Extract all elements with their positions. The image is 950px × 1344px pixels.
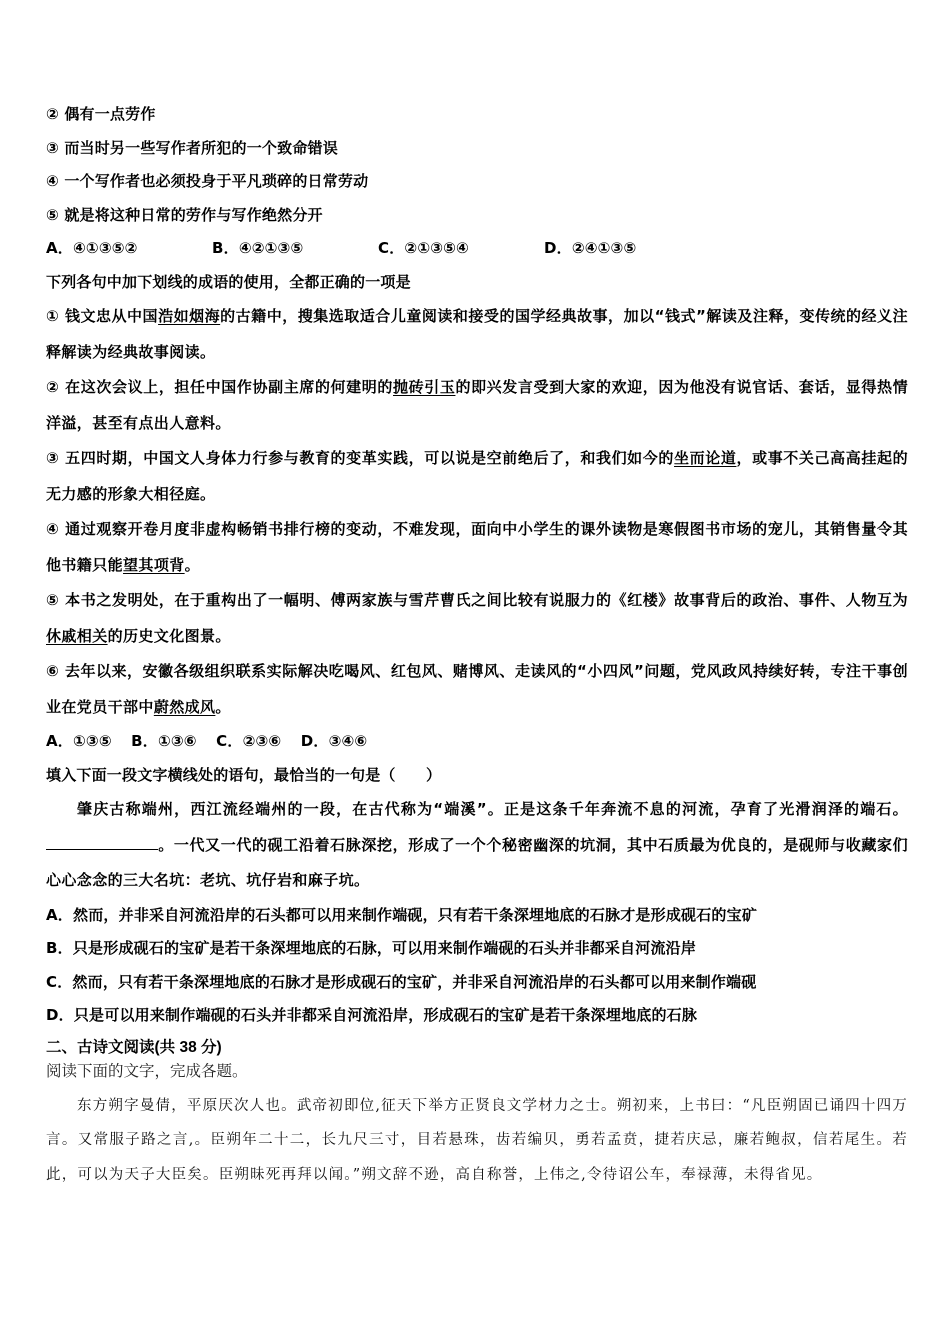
option-value: ②③⑥ bbox=[243, 732, 282, 750]
sentence-text: ② 在这次会议上，担任中国作协副主席的何建明的 bbox=[46, 378, 393, 396]
option-value: ④①③⑤② bbox=[73, 239, 138, 257]
option-letter: D． bbox=[46, 1006, 74, 1024]
option-b[interactable]: B．只是形成砚石的宝矿是若干条深埋地底的石脉，可以用来制作端砚的石头并非都采自河… bbox=[46, 932, 908, 966]
option-letter: A． bbox=[46, 906, 73, 924]
idiom-options: A．①③⑤ B．①③⑥ C．②③⑥ D．③④⑥ bbox=[46, 725, 908, 759]
underlined-idiom: 浩如烟海 bbox=[158, 307, 220, 325]
question-stem: 下列各句中加下划线的成语的使用，全都正确的一项是 bbox=[46, 266, 908, 300]
option-d[interactable]: D．②④①③⑤ bbox=[544, 232, 636, 266]
order-item: ④ 一个写作者也必须投身于平凡琐碎的日常劳动 bbox=[46, 165, 908, 199]
idiom-sentence-1: ① 钱文忠从中国浩如烟海的古籍中，搜集选取适合儿童阅读和接受的国学经典故事，加以… bbox=[46, 299, 908, 370]
classical-passage: 东方朔字曼倩，平原厌次人也。武帝初即位,征天下举方正贤良文学材力之士。朔初来，上… bbox=[46, 1089, 908, 1193]
option-value: 然而，并非采自河流沿岸的石头都可以用来制作端砚，只有若干条深埋地底的石脉才是形成… bbox=[73, 906, 757, 924]
idiom-sentence-6: ⑥ 去年以来，安徽各级组织联系实际解决吃喝风、红包风、赌博风、走读风的“小四风”… bbox=[46, 654, 908, 725]
option-d[interactable]: D．③④⑥ bbox=[301, 732, 368, 750]
option-letter: C． bbox=[378, 239, 404, 257]
idiom-sentence-3: ③ 五四时期，中国文人身体力行参与教育的变革实践，可以说是空前绝后了，和我们如今… bbox=[46, 441, 908, 512]
option-letter: A． bbox=[46, 239, 73, 257]
sentence-text: ③ 五四时期，中国文人身体力行参与教育的变革实践，可以说是空前绝后了，和我们如今… bbox=[46, 449, 674, 467]
underlined-idiom: 望其项背 bbox=[123, 556, 185, 574]
option-letter: D． bbox=[301, 732, 329, 750]
exam-page: ② 偶有一点劳作 ③ 而当时另一些写作者所犯的一个致命错误 ④ 一个写作者也必须… bbox=[46, 98, 908, 1192]
underlined-idiom: 抛砖引玉 bbox=[393, 378, 455, 396]
option-value: ④②①③⑤ bbox=[239, 239, 304, 257]
idiom-sentence-4: ④ 通过观察开卷月度非虚构畅销书排行榜的变动，不难发现，面向中小学生的课外读物是… bbox=[46, 512, 908, 583]
option-value: ①③⑥ bbox=[158, 732, 197, 750]
option-value: ②④①③⑤ bbox=[572, 239, 637, 257]
section-classical-reading: 二、古诗文阅读(共 38 分) 阅读下面的文字，完成各题。 东方朔字曼倩，平原厌… bbox=[46, 1037, 908, 1193]
question-stem: 填入下面一段文字横线处的语句，最恰当的一句是（ ） bbox=[46, 759, 908, 793]
option-letter: B． bbox=[131, 732, 158, 750]
fill-passage: 肇庆古称端州，西江流经端州的一段，在古代称为“端溪”。正是这条千年奔流不息的河流… bbox=[46, 792, 908, 899]
idiom-sentence-5: ⑤ 本书之发明处，在于重构出了一幅明、傅两家族与雪芹曹氏之间比较有说服力的《红楼… bbox=[46, 583, 908, 654]
option-a[interactable]: A．然而，并非采自河流沿岸的石头都可以用来制作端砚，只有若干条深埋地底的石脉才是… bbox=[46, 899, 908, 933]
option-value: ③④⑥ bbox=[329, 732, 368, 750]
option-a[interactable]: A．①③⑤ bbox=[46, 732, 112, 750]
order-item: ③ 而当时另一些写作者所犯的一个致命错误 bbox=[46, 132, 908, 166]
option-c[interactable]: C．②③⑥ bbox=[216, 732, 281, 750]
option-d[interactable]: D．只是可以用来制作端砚的石头并非都采自河流沿岸，形成砚石的宝矿是若干条深埋地底… bbox=[46, 999, 908, 1033]
option-letter: C． bbox=[46, 973, 72, 991]
option-value: ①③⑤ bbox=[73, 732, 112, 750]
option-c[interactable]: C．②①③⑤④ bbox=[378, 232, 544, 266]
section-instruction: 阅读下面的文字，完成各题。 bbox=[46, 1059, 908, 1083]
option-value: 只是形成砚石的宝矿是若干条深埋地底的石脉，可以用来制作端砚的石头并非都采自河流沿… bbox=[73, 939, 696, 957]
order-item: ② 偶有一点劳作 bbox=[46, 98, 908, 132]
fill-question: 填入下面一段文字横线处的语句，最恰当的一句是（ ） 肇庆古称端州，西江流经端州的… bbox=[46, 759, 908, 1033]
order-item: ⑤ 就是将这种日常的劳作与写作绝然分开 bbox=[46, 199, 908, 233]
option-value: 只是可以用来制作端砚的石头并非都采自河流沿岸，形成砚石的宝矿是若干条深埋地底的石… bbox=[74, 1006, 697, 1024]
option-letter: B． bbox=[212, 239, 239, 257]
option-letter: B． bbox=[46, 939, 73, 957]
sentence-text: ① 钱文忠从中国 bbox=[46, 307, 158, 325]
option-b[interactable]: B．①③⑥ bbox=[131, 732, 197, 750]
passage-text: 肇庆古称端州，西江流经端州的一段，在古代称为“端溪”。正是这条千年奔流不息的河流… bbox=[77, 800, 908, 818]
underlined-idiom: 休戚相关 bbox=[46, 627, 108, 645]
option-b[interactable]: B．④②①③⑤ bbox=[212, 232, 378, 266]
option-c[interactable]: C．然而，只有若干条深埋地底的石脉才是形成砚石的宝矿，并非采自河流沿岸的石头都可… bbox=[46, 966, 908, 1000]
passage-text: 。一代又一代的砚工沿着石脉深挖，形成了一个个秘密幽深的坑洞，其中石质最为优良的，… bbox=[46, 836, 908, 890]
sentence-text: ⑤ 本书之发明处，在于重构出了一幅明、傅两家族与雪芹曹氏之间比较有说服力的《红楼… bbox=[46, 591, 908, 609]
underlined-idiom: 蔚然成风 bbox=[154, 698, 216, 716]
option-a[interactable]: A．④①③⑤② bbox=[46, 232, 212, 266]
option-letter: A． bbox=[46, 732, 73, 750]
option-value: 然而，只有若干条深埋地底的石脉才是形成砚石的宝矿，并非采自河流沿岸的石头都可以用… bbox=[72, 973, 756, 991]
underlined-idiom: 坐而论道 bbox=[674, 449, 736, 467]
sentence-text: 。 bbox=[215, 698, 230, 716]
idiom-sentence-2: ② 在这次会议上，担任中国作协副主席的何建明的抛砖引玉的即兴发言受到大家的欢迎，… bbox=[46, 370, 908, 441]
sentence-text: 的历史文化图景。 bbox=[108, 627, 231, 645]
option-value: ②①③⑤④ bbox=[404, 239, 469, 257]
option-letter: C． bbox=[216, 732, 242, 750]
answer-blank[interactable] bbox=[46, 835, 158, 850]
ordering-question: ② 偶有一点劳作 ③ 而当时另一些写作者所犯的一个致命错误 ④ 一个写作者也必须… bbox=[46, 98, 908, 266]
option-letter: D． bbox=[544, 239, 572, 257]
section-title: 二、古诗文阅读(共 38 分) bbox=[46, 1037, 908, 1059]
sentence-text: 。 bbox=[185, 556, 200, 574]
order-options: A．④①③⑤②B．④②①③⑤C．②①③⑤④D．②④①③⑤ bbox=[46, 232, 908, 266]
idiom-question: 下列各句中加下划线的成语的使用，全都正确的一项是 ① 钱文忠从中国浩如烟海的古籍… bbox=[46, 266, 908, 759]
